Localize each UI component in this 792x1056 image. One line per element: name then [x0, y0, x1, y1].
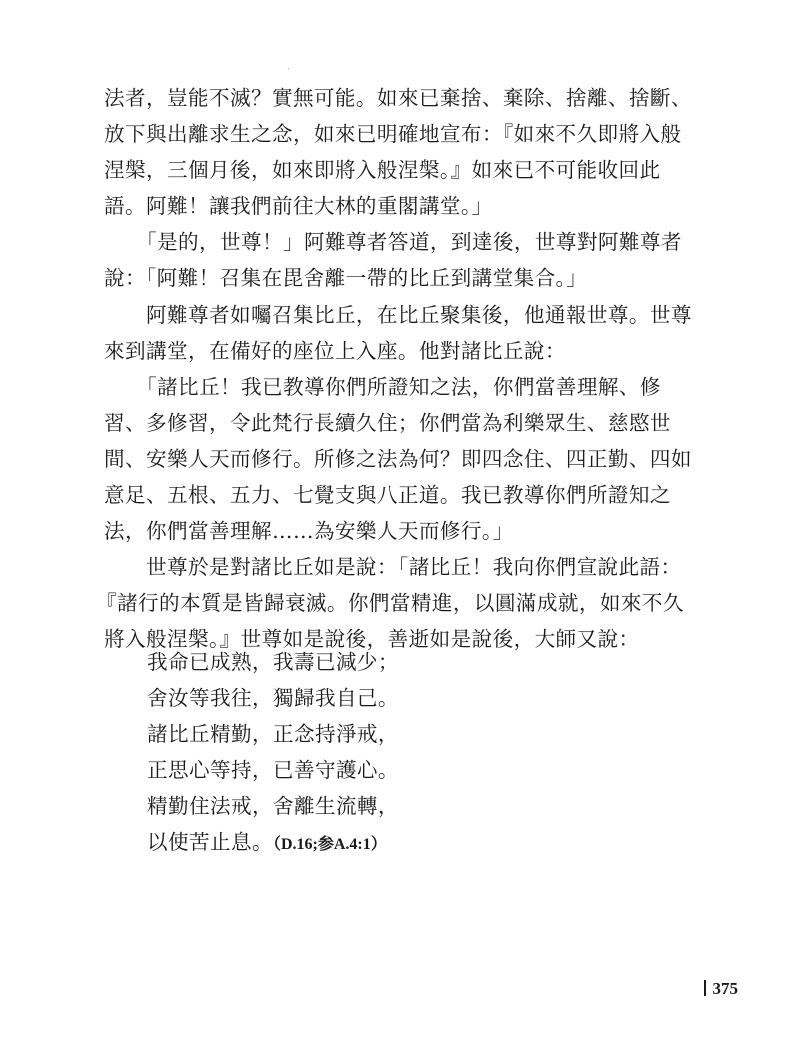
text-line: 習、多修習，令此梵行長續久住；你們當為利樂眾生、慈愍世: [104, 405, 704, 441]
page-number-value: 375: [713, 979, 739, 998]
text-line: 語。阿難！讓我們前往大林的重閣講堂。」: [104, 188, 704, 224]
verse-line: 舍汝等我往，獨歸我自己。: [147, 680, 399, 716]
paragraph-start-line: 「諸比丘！我已教導你們所證知之法，你們當善理解、修: [104, 369, 704, 405]
text-line: 間、安樂人天而修行。所修之法為何？即四念住、四正勤、四如: [104, 441, 704, 477]
text-line: 意足、五根、五力、七覺支與八正道。我已教導你們所證知之: [104, 477, 704, 513]
text-line: 說：「阿難！召集在毘舍離一帶的比丘到講堂集合。」: [104, 260, 704, 296]
scan-speck: [288, 68, 289, 69]
verse-line: 正思心等持，已善守護心。: [147, 752, 399, 788]
text-line: 法，你們當善理解……為安樂人天而修行。」: [104, 513, 704, 549]
verse-text: 以使苦止息。: [147, 830, 273, 854]
verse-line: 我命已成熟，我壽已減少；: [147, 644, 399, 680]
page-number: 375: [704, 979, 738, 999]
text-line: 涅槃，三個月後，如來即將入般涅槃。』如來已不可能收回此: [104, 152, 704, 188]
citation: （D.16;参A.4:1）: [273, 836, 387, 853]
paragraph-start-line: 世尊於是對諸比丘如是說：「諸比丘！我向你們宣說此語：: [104, 549, 704, 585]
text-line: 放下與出離求生之念，如來已明確地宣布：『如來不久即將入般: [104, 116, 704, 152]
verse-line: 精勤住法戒，舍離生流轉，: [147, 788, 399, 824]
verse-line-final: 以使苦止息。（D.16;参A.4:1）: [147, 824, 399, 860]
paragraph-start-line: 「是的，世尊！」阿難尊者答道，到達後，世尊對阿難尊者: [104, 224, 704, 260]
verse-line: 諸比丘精勤，正念持淨戒，: [147, 716, 399, 752]
paragraph-start-line: 阿難尊者如囑召集比丘，在比丘聚集後，他通報世尊。世尊: [104, 297, 704, 333]
text-line: 法者，豈能不滅？實無可能。如來已棄捨、棄除、捨離、捨斷、: [104, 80, 704, 116]
verse-block: 我命已成熟，我壽已減少； 舍汝等我往，獨歸我自己。 諸比丘精勤，正念持淨戒， 正…: [147, 644, 399, 861]
text-line: 來到講堂，在備好的座位上入座。他對諸比丘說：: [104, 333, 704, 369]
document-body: 法者，豈能不滅？實無可能。如來已棄捨、棄除、捨離、捨斷、 放下與出離求生之念，如…: [104, 80, 704, 658]
text-line: 『諸行的本質是皆歸衰滅。你們當精進，以圓滿成就，如來不久: [96, 585, 704, 621]
page-number-divider: [704, 980, 706, 996]
